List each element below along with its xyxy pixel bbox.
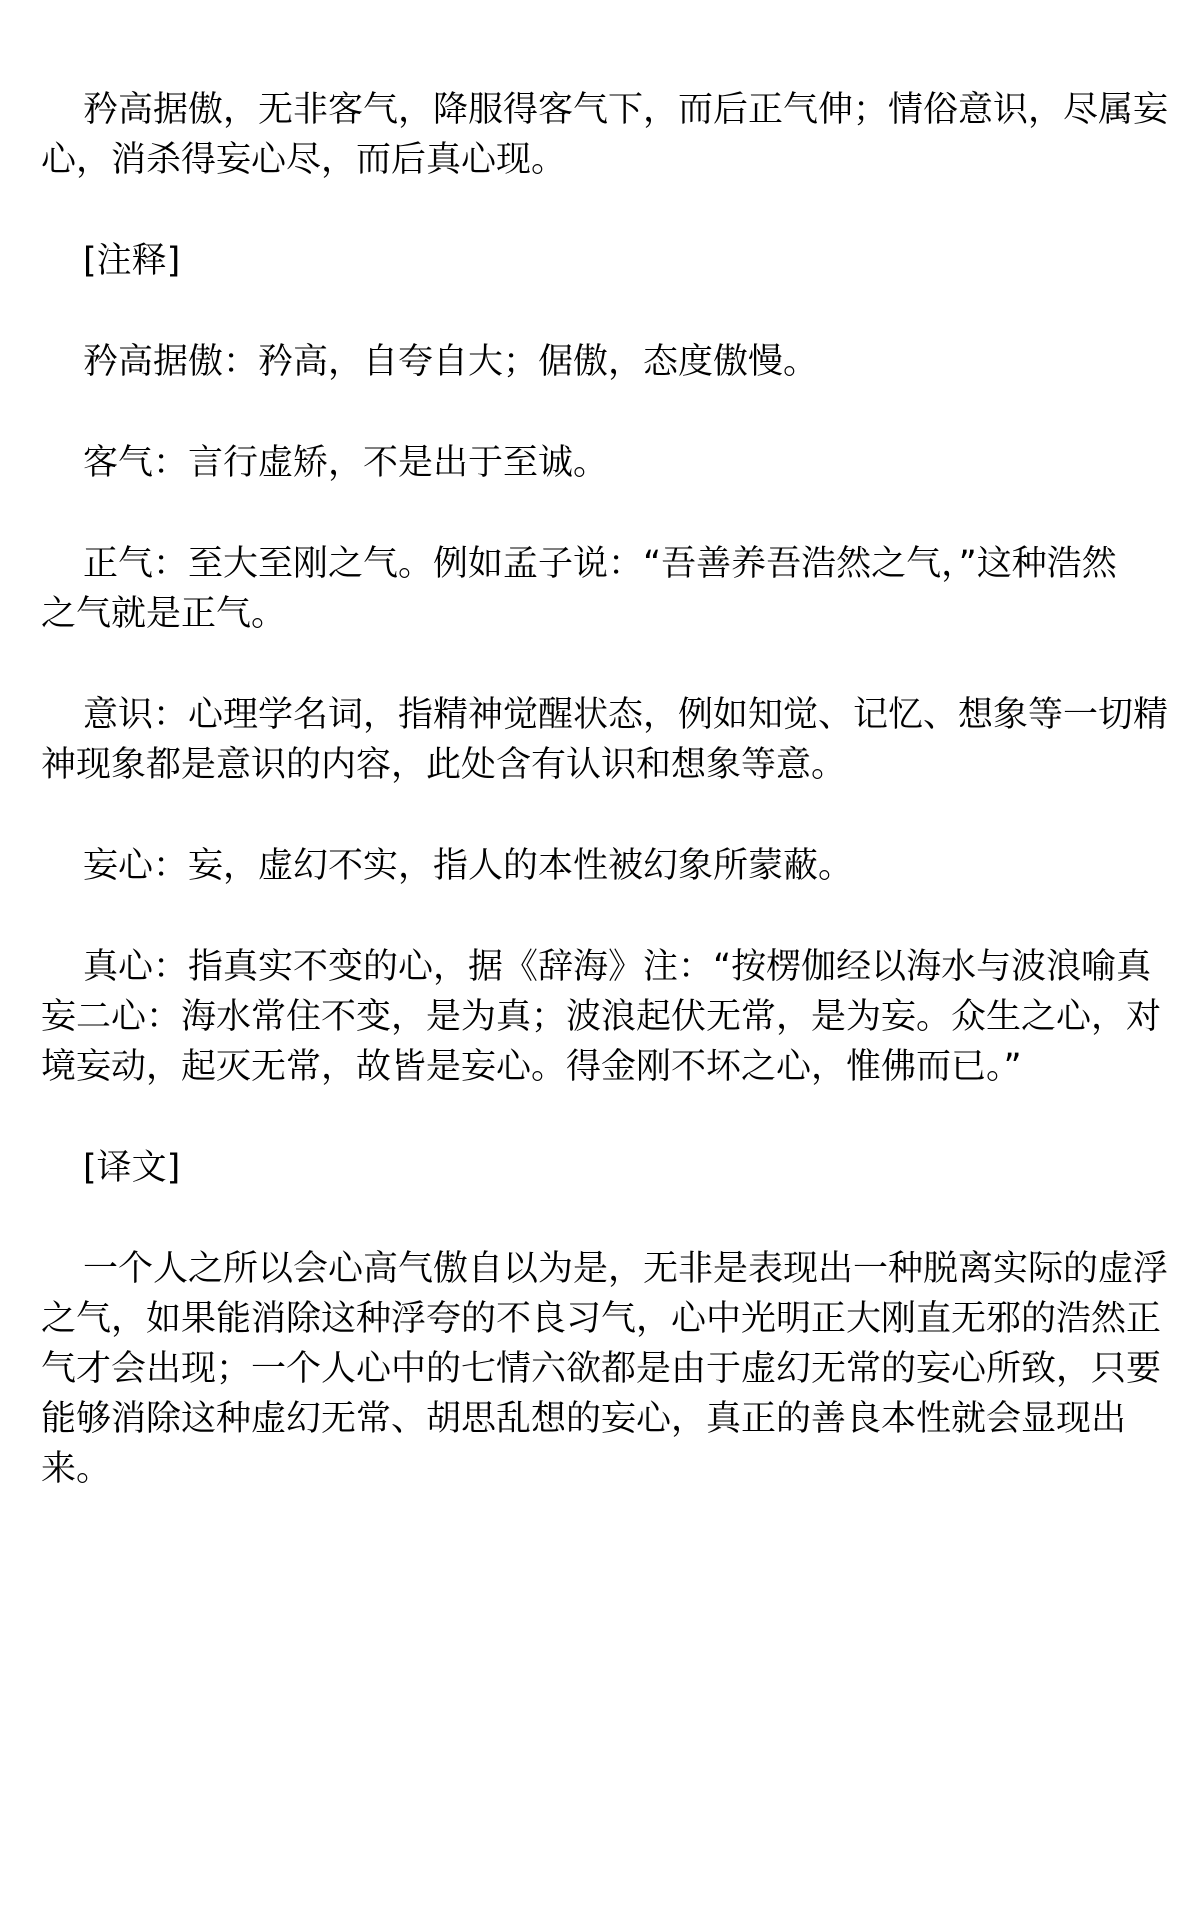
text-line: 矜高据傲：矜高，自夸自大；倨傲，态度傲慢。: [41, 337, 1163, 387]
section-heading-text: [译文]: [41, 1143, 1163, 1193]
annotation-zhenxin: 真心：指真实不变的心，据《辞海》注：“按楞伽经以海水与波浪喻真 妄二心：海水常住…: [41, 942, 1163, 1092]
annotation-wangxin: 妄心：妄，虚幻不实，指人的本性被幻象所蒙蔽。: [41, 841, 1163, 891]
annotation-zhengqi: 正气：至大至刚之气。例如孟子说：“吾善养吾浩然之气，”这种浩然 之气就是正气。: [41, 539, 1163, 639]
text-line: 心，消杀得妄心尽，而后真心现。: [41, 135, 1163, 185]
text-line: 气才会出现；一个人心中的七情六欲都是由于虚幻无常的妄心所致，只要: [41, 1344, 1163, 1394]
annotation-yishi: 意识：心理学名词，指精神觉醒状态，例如知觉、记忆、想象等一切精 神现象都是意识的…: [41, 690, 1163, 790]
text-line: 境妄动，起灭无常，故皆是妄心。得金刚不坏之心，惟佛而已。”: [41, 1042, 1163, 1092]
original-text-paragraph: 矜高据傲，无非客气，降服得客气下，而后正气伸；情俗意识，尽属妄 心，消杀得妄心尽…: [41, 85, 1163, 185]
text-line: 之气，如果能消除这种浮夸的不良习气，心中光明正大刚直无邪的浩然正: [41, 1294, 1163, 1344]
text-line: 之气就是正气。: [41, 589, 1163, 639]
text-line: 客气：言行虚矫，不是出于至诚。: [41, 438, 1163, 488]
text-line: 妄二心：海水常住不变，是为真；波浪起伏无常，是为妄。众生之心，对: [41, 992, 1163, 1042]
text-line: 妄心：妄，虚幻不实，指人的本性被幻象所蒙蔽。: [41, 841, 1163, 891]
annotation-keqi: 客气：言行虚矫，不是出于至诚。: [41, 438, 1163, 488]
document-page: 矜高据傲，无非客气，降服得客气下，而后正气伸；情俗意识，尽属妄 心，消杀得妄心尽…: [41, 85, 1163, 1545]
text-line: 一个人之所以会心高气傲自以为是，无非是表现出一种脱离实际的虚浮: [41, 1244, 1163, 1294]
text-line: 正气：至大至刚之气。例如孟子说：“吾善养吾浩然之气，”这种浩然: [41, 539, 1163, 589]
text-line: 真心：指真实不变的心，据《辞海》注：“按楞伽经以海水与波浪喻真: [41, 942, 1163, 992]
annotation-heading: [注释]: [41, 236, 1163, 286]
annotation-jingao-juao: 矜高据傲：矜高，自夸自大；倨傲，态度傲慢。: [41, 337, 1163, 387]
section-heading-text: [注释]: [41, 236, 1163, 286]
text-line: 意识：心理学名词，指精神觉醒状态，例如知觉、记忆、想象等一切精: [41, 690, 1163, 740]
translation-heading: [译文]: [41, 1143, 1163, 1193]
text-line: 能够消除这种虚幻无常、胡思乱想的妄心，真正的善良本性就会显现出: [41, 1394, 1163, 1444]
text-line: 来。: [41, 1444, 1163, 1494]
translation-paragraph: 一个人之所以会心高气傲自以为是，无非是表现出一种脱离实际的虚浮 之气，如果能消除…: [41, 1244, 1163, 1494]
text-line: 神现象都是意识的内容，此处含有认识和想象等意。: [41, 740, 1163, 790]
text-line: 矜高据傲，无非客气，降服得客气下，而后正气伸；情俗意识，尽属妄: [41, 85, 1163, 135]
